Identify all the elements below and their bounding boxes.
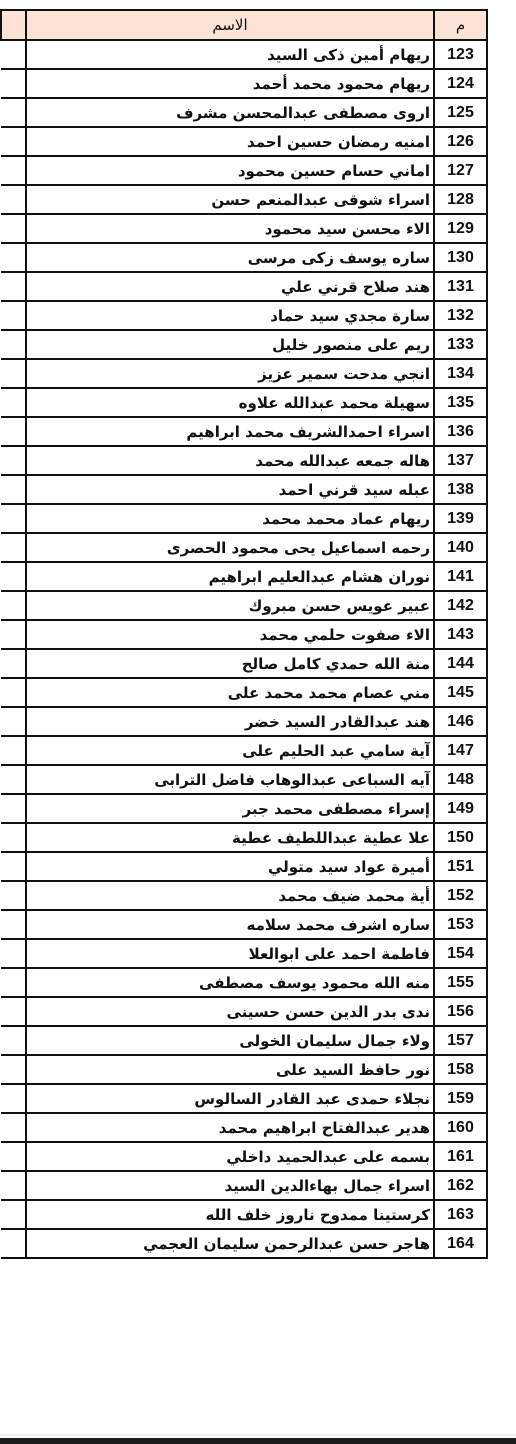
row-number: 149	[434, 794, 487, 823]
table-row: 155منه الله محمود يوسف مصطفى	[1, 968, 487, 997]
row-number: 155	[434, 968, 487, 997]
row-number: 132	[434, 301, 487, 330]
row-name: نور حافظ السيد على	[26, 1055, 434, 1084]
row-number: 133	[434, 330, 487, 359]
header-extra	[1, 10, 26, 40]
row-extra-cell	[1, 620, 26, 649]
row-name: بسمه على عبدالحميد داخلي	[26, 1142, 434, 1171]
table-row: 134انجي مدحت سمير عزيز	[1, 359, 487, 388]
table-row: 160هدير عبدالفتاح ابراهيم محمد	[1, 1113, 487, 1142]
table-row: 126امنيه رمضان حسين احمد	[1, 127, 487, 156]
row-extra-cell	[1, 1142, 26, 1171]
table-row: 139ريهام عماد محمد محمد	[1, 504, 487, 533]
row-name: ريهام أمين ذكى السيد	[26, 40, 434, 69]
row-number: 135	[434, 388, 487, 417]
table-row: 138عبله سيد قرني احمد	[1, 475, 487, 504]
row-name: ريهام محمود محمد أحمد	[26, 69, 434, 98]
row-extra-cell	[1, 707, 26, 736]
row-extra-cell	[1, 1200, 26, 1229]
row-name: اروى مصطفى عبدالمحسن مشرف	[26, 98, 434, 127]
row-name: آية سامي عبد الحليم على	[26, 736, 434, 765]
row-name: عبير عويس حسن مبروك	[26, 591, 434, 620]
table-row: 136اسراء احمدالشريف محمد ابراهيم	[1, 417, 487, 446]
row-number: 163	[434, 1200, 487, 1229]
row-extra-cell	[1, 765, 26, 794]
table-body: 123ريهام أمين ذكى السيد124ريهام محمود مح…	[1, 40, 487, 1258]
table-row: 150علا عطية عبداللطيف عطية	[1, 823, 487, 852]
row-extra-cell	[1, 997, 26, 1026]
table-row: 149إسراء مصطفى محمد جبر	[1, 794, 487, 823]
divider	[0, 1434, 516, 1436]
row-extra-cell	[1, 1084, 26, 1113]
row-name: الاء صفوت حلمي محمد	[26, 620, 434, 649]
row-number: 137	[434, 446, 487, 475]
row-name: نوران هشام عبدالعليم ابراهيم	[26, 562, 434, 591]
row-name: ولاء جمال سليمان الخولى	[26, 1026, 434, 1055]
row-extra-cell	[1, 272, 26, 301]
row-name: سارة مجدي سيد حماد	[26, 301, 434, 330]
row-number: 158	[434, 1055, 487, 1084]
row-name: اسراء احمدالشريف محمد ابراهيم	[26, 417, 434, 446]
table-row: 163كرستينا ممدوح ناروز خلف الله	[1, 1200, 487, 1229]
row-extra-cell	[1, 939, 26, 968]
row-number: 126	[434, 127, 487, 156]
row-number: 150	[434, 823, 487, 852]
row-extra-cell	[1, 475, 26, 504]
table-row: 128اسراء شوقى عبدالمنعم حسن	[1, 185, 487, 214]
table-row: 154فاطمة احمد على ابوالعلا	[1, 939, 487, 968]
row-extra-cell	[1, 736, 26, 765]
row-number: 143	[434, 620, 487, 649]
row-number: 162	[434, 1171, 487, 1200]
row-extra-cell	[1, 591, 26, 620]
row-extra-cell	[1, 40, 26, 69]
row-number: 156	[434, 997, 487, 1026]
row-name: هاجر حسن عبدالرحمن سليمان العجمي	[26, 1229, 434, 1258]
table-row: 158نور حافظ السيد على	[1, 1055, 487, 1084]
table-row: 129الاء محسن سيد محمود	[1, 214, 487, 243]
bottom-bar	[0, 1438, 516, 1444]
table-row: 137هاله جمعه عبدالله محمد	[1, 446, 487, 475]
row-number: 152	[434, 881, 487, 910]
row-number: 128	[434, 185, 487, 214]
row-number: 125	[434, 98, 487, 127]
row-name: اماني حسام حسين محمود	[26, 156, 434, 185]
row-extra-cell	[1, 968, 26, 997]
table-row: 130ساره يوسف زكى مرسى	[1, 243, 487, 272]
row-number: 145	[434, 678, 487, 707]
row-number: 157	[434, 1026, 487, 1055]
row-number: 144	[434, 649, 487, 678]
row-extra-cell	[1, 1055, 26, 1084]
row-number: 140	[434, 533, 487, 562]
table-row: 123ريهام أمين ذكى السيد	[1, 40, 487, 69]
table-row: 148آيه السباعى عبدالوهاب فاضل الترابى	[1, 765, 487, 794]
row-number: 130	[434, 243, 487, 272]
row-number: 160	[434, 1113, 487, 1142]
table-row: 162اسراء جمال بهاءالدين السيد	[1, 1171, 487, 1200]
row-name: ندى بدر الدين حسن حسينى	[26, 997, 434, 1026]
table-row: 146هند عبدالقادر السيد خضر	[1, 707, 487, 736]
row-name: اسراء شوقى عبدالمنعم حسن	[26, 185, 434, 214]
table-row: 132سارة مجدي سيد حماد	[1, 301, 487, 330]
row-name: الاء محسن سيد محمود	[26, 214, 434, 243]
row-name: عبله سيد قرني احمد	[26, 475, 434, 504]
row-name: إسراء مصطفى محمد جبر	[26, 794, 434, 823]
table-row: 144منة الله حمدي كامل صالح	[1, 649, 487, 678]
row-number: 142	[434, 591, 487, 620]
row-name: هدير عبدالفتاح ابراهيم محمد	[26, 1113, 434, 1142]
row-extra-cell	[1, 417, 26, 446]
row-name: سهيلة محمد عبدالله علاوه	[26, 388, 434, 417]
row-name: رحمه اسماعيل يحى محمود الحصرى	[26, 533, 434, 562]
row-extra-cell	[1, 243, 26, 272]
row-extra-cell	[1, 301, 26, 330]
table-row: 153ساره اشرف محمد سلامه	[1, 910, 487, 939]
row-name: هند صلاح قرني علي	[26, 272, 434, 301]
row-extra-cell	[1, 127, 26, 156]
row-extra-cell	[1, 823, 26, 852]
header-name: الاسم	[26, 10, 434, 40]
table-row: 161بسمه على عبدالحميد داخلي	[1, 1142, 487, 1171]
row-name: ريم على منصور خليل	[26, 330, 434, 359]
table-row: 164هاجر حسن عبدالرحمن سليمان العجمي	[1, 1229, 487, 1258]
roster-table: م الاسم 123ريهام أمين ذكى السيد124ريهام …	[0, 9, 488, 1259]
row-number: 124	[434, 69, 487, 98]
row-extra-cell	[1, 881, 26, 910]
row-name: أية محمد ضيف محمد	[26, 881, 434, 910]
row-number: 153	[434, 910, 487, 939]
table-row: 131هند صلاح قرني علي	[1, 272, 487, 301]
row-extra-cell	[1, 533, 26, 562]
row-number: 131	[434, 272, 487, 301]
table-row: 135سهيلة محمد عبدالله علاوه	[1, 388, 487, 417]
table-row: 127اماني حسام حسين محمود	[1, 156, 487, 185]
row-name: اسراء جمال بهاءالدين السيد	[26, 1171, 434, 1200]
row-extra-cell	[1, 98, 26, 127]
row-number: 134	[434, 359, 487, 388]
row-extra-cell	[1, 794, 26, 823]
row-extra-cell	[1, 156, 26, 185]
row-name: ساره اشرف محمد سلامه	[26, 910, 434, 939]
row-number: 154	[434, 939, 487, 968]
row-extra-cell	[1, 359, 26, 388]
row-number: 123	[434, 40, 487, 69]
row-number: 136	[434, 417, 487, 446]
table-row: 143الاء صفوت حلمي محمد	[1, 620, 487, 649]
row-extra-cell	[1, 214, 26, 243]
row-number: 138	[434, 475, 487, 504]
table-row: 140رحمه اسماعيل يحى محمود الحصرى	[1, 533, 487, 562]
row-name: ساره يوسف زكى مرسى	[26, 243, 434, 272]
row-extra-cell	[1, 649, 26, 678]
row-extra-cell	[1, 185, 26, 214]
table-row: 147آية سامي عبد الحليم على	[1, 736, 487, 765]
row-name: امنيه رمضان حسين احمد	[26, 127, 434, 156]
table-row: 124ريهام محمود محمد أحمد	[1, 69, 487, 98]
header-num: م	[434, 10, 487, 40]
row-name: مني عصام محمد محمد على	[26, 678, 434, 707]
row-number: 161	[434, 1142, 487, 1171]
row-name: منه الله محمود يوسف مصطفى	[26, 968, 434, 997]
row-name: ريهام عماد محمد محمد	[26, 504, 434, 533]
row-number: 151	[434, 852, 487, 881]
row-extra-cell	[1, 330, 26, 359]
row-name: فاطمة احمد على ابوالعلا	[26, 939, 434, 968]
table-row: 156ندى بدر الدين حسن حسينى	[1, 997, 487, 1026]
table-row: 152أية محمد ضيف محمد	[1, 881, 487, 910]
row-extra-cell	[1, 910, 26, 939]
row-name: علا عطية عبداللطيف عطية	[26, 823, 434, 852]
table-row: 151أميرة عواد سيد متولي	[1, 852, 487, 881]
row-name: انجي مدحت سمير عزيز	[26, 359, 434, 388]
row-number: 147	[434, 736, 487, 765]
row-extra-cell	[1, 1113, 26, 1142]
row-name: آيه السباعى عبدالوهاب فاضل الترابى	[26, 765, 434, 794]
row-name: هند عبدالقادر السيد خضر	[26, 707, 434, 736]
row-number: 146	[434, 707, 487, 736]
row-name: نجلاء حمدى عبد القادر السالوس	[26, 1084, 434, 1113]
table-row: 133ريم على منصور خليل	[1, 330, 487, 359]
row-name: أميرة عواد سيد متولي	[26, 852, 434, 881]
row-number: 164	[434, 1229, 487, 1258]
row-extra-cell	[1, 69, 26, 98]
row-number: 159	[434, 1084, 487, 1113]
table-row: 159نجلاء حمدى عبد القادر السالوس	[1, 1084, 487, 1113]
row-number: 139	[434, 504, 487, 533]
row-extra-cell	[1, 1229, 26, 1258]
row-extra-cell	[1, 388, 26, 417]
table-row: 125اروى مصطفى عبدالمحسن مشرف	[1, 98, 487, 127]
row-extra-cell	[1, 1171, 26, 1200]
header-row: م الاسم	[1, 10, 487, 40]
roster-sheet: م الاسم 123ريهام أمين ذكى السيد124ريهام …	[0, 9, 486, 1259]
row-extra-cell	[1, 562, 26, 591]
row-number: 148	[434, 765, 487, 794]
table-row: 145مني عصام محمد محمد على	[1, 678, 487, 707]
row-extra-cell	[1, 1026, 26, 1055]
row-number: 141	[434, 562, 487, 591]
row-number: 127	[434, 156, 487, 185]
table-row: 142عبير عويس حسن مبروك	[1, 591, 487, 620]
row-extra-cell	[1, 446, 26, 475]
row-extra-cell	[1, 678, 26, 707]
table-row: 157ولاء جمال سليمان الخولى	[1, 1026, 487, 1055]
row-name: منة الله حمدي كامل صالح	[26, 649, 434, 678]
row-extra-cell	[1, 504, 26, 533]
row-name: كرستينا ممدوح ناروز خلف الله	[26, 1200, 434, 1229]
row-number: 129	[434, 214, 487, 243]
table-row: 141نوران هشام عبدالعليم ابراهيم	[1, 562, 487, 591]
row-extra-cell	[1, 852, 26, 881]
row-name: هاله جمعه عبدالله محمد	[26, 446, 434, 475]
